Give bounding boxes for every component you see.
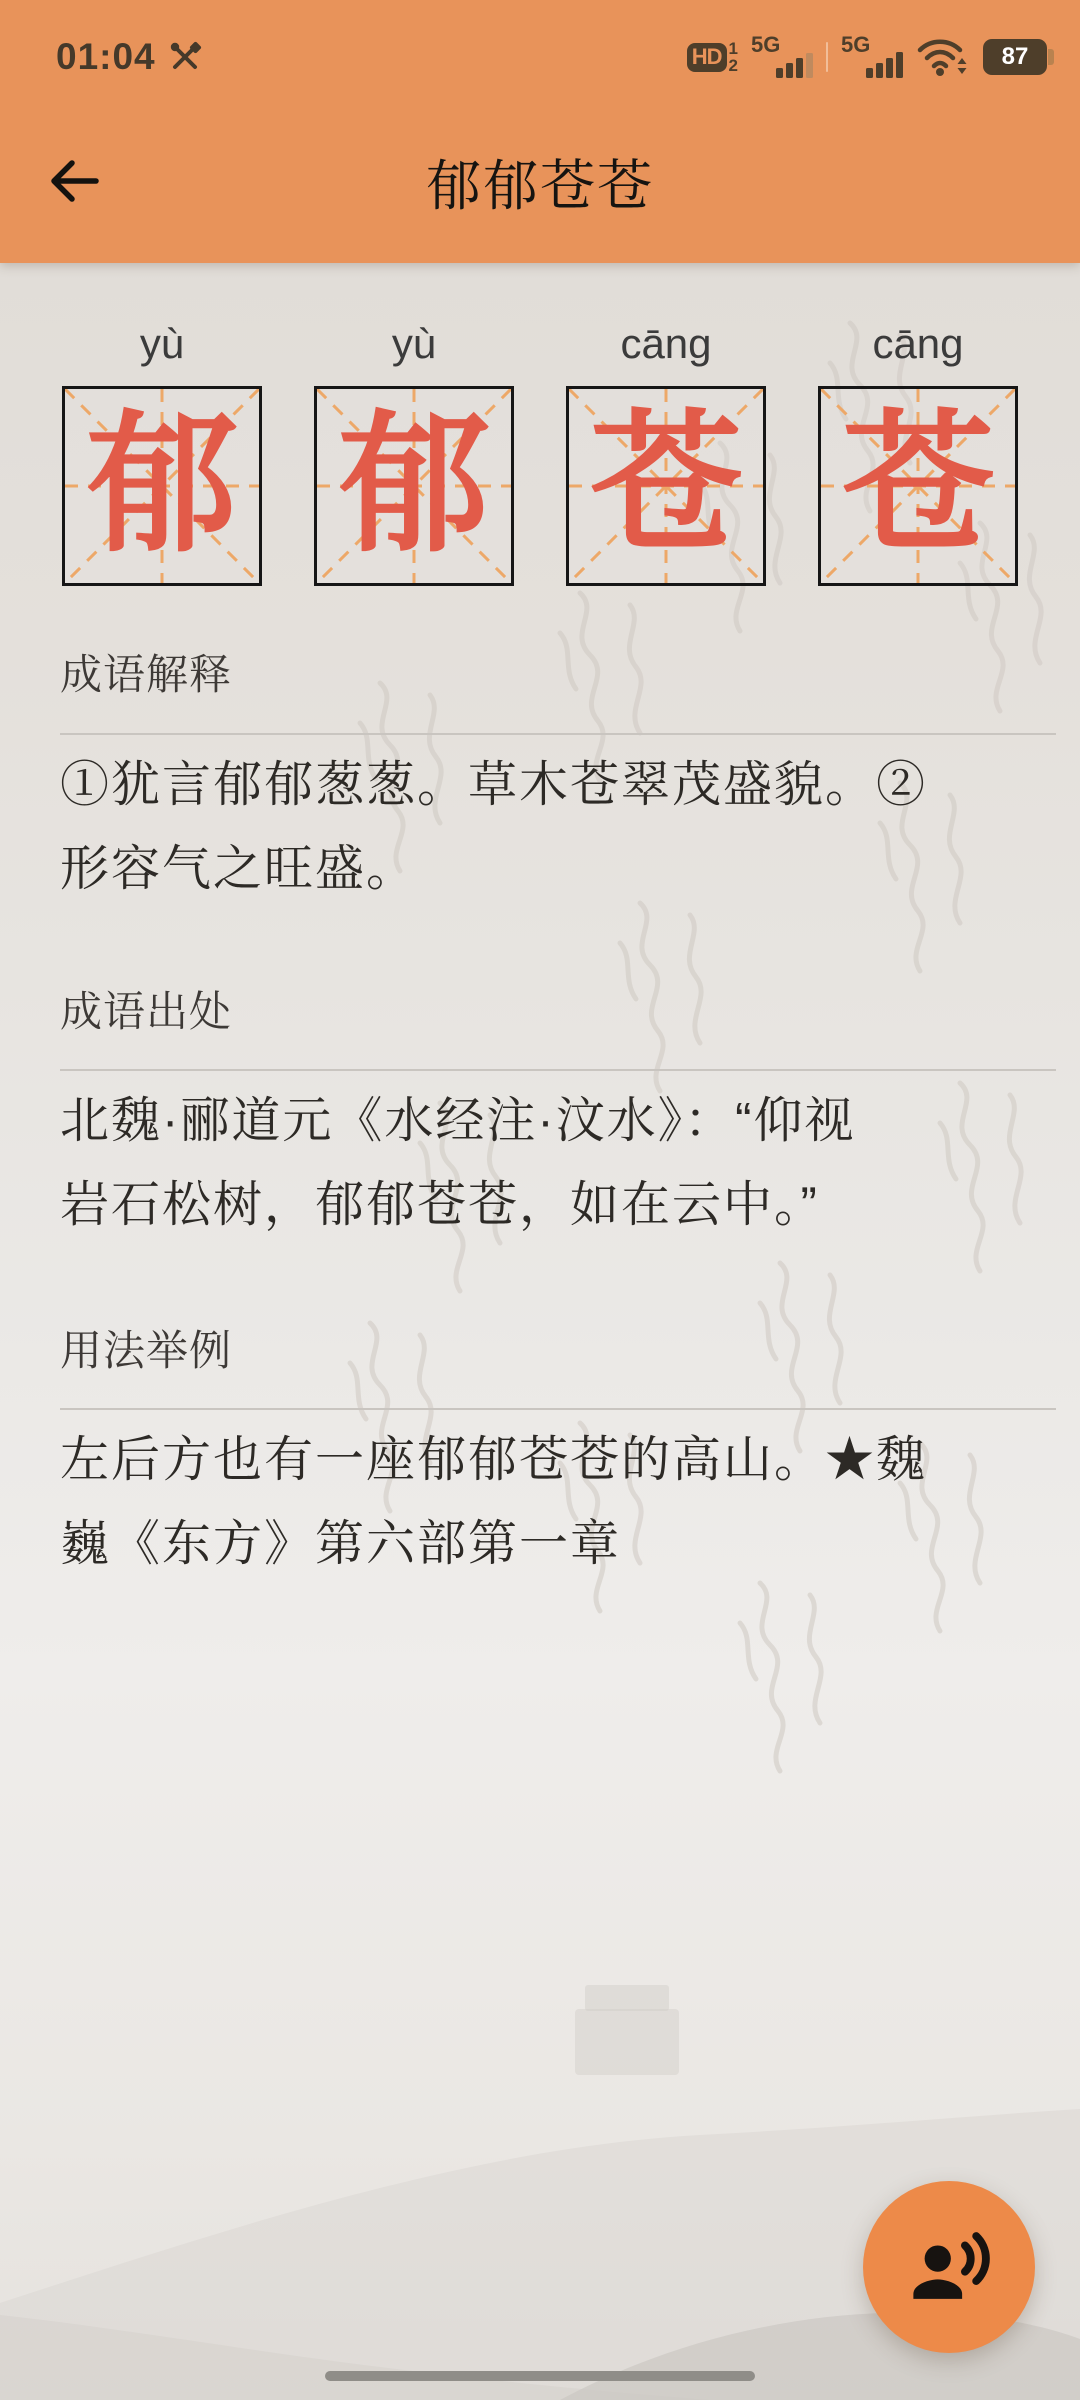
hanzi-character: 郁 [65, 389, 259, 583]
signal-bars-icon: 5G [841, 34, 903, 80]
character-card[interactable]: 苍 [818, 386, 1018, 586]
sim2-label: 2 [729, 57, 738, 74]
status-icons: HD 1 2 5G 5G [687, 32, 1054, 82]
hd-voLTE-icon: HD 1 2 [687, 40, 738, 74]
section-heading-explanation: 成语解释 [60, 652, 232, 698]
sim-divider [826, 42, 828, 72]
content-area: yù yù cāng cāng 郁 郁 [0, 263, 1080, 2400]
section-body-example: 左后方也有一座郁郁苍苍的高山。★魏 巍《东方》第六部第一章 [60, 1418, 1025, 1586]
app-bar: 郁郁苍苍 [0, 100, 1080, 263]
header: 01:04 HD 1 2 5G [0, 0, 1080, 263]
character-box-row: 郁 郁 苍 [62, 386, 1018, 586]
section-body-explanation: ①犹言郁郁葱葱。草木苍翠茂盛貌。② 形容气之旺盛。 [60, 743, 1025, 911]
divider [60, 733, 1056, 735]
battery-icon: 87 [983, 39, 1054, 75]
hanzi-character: 郁 [317, 389, 511, 583]
status-time: 01:04 [56, 36, 156, 78]
idiom-detail-screen: 01:04 HD 1 2 5G [0, 0, 1080, 2400]
section-heading-source: 成语出处 [60, 989, 232, 1035]
build-tools-icon [168, 40, 202, 74]
divider [60, 1069, 1056, 1071]
hanzi-character: 苍 [569, 389, 763, 583]
signal-bars-icon: 5G [751, 34, 813, 80]
status-bar: 01:04 HD 1 2 5G [0, 30, 1080, 82]
hanzi-character: 苍 [821, 389, 1015, 583]
pinyin-label: cāng [818, 318, 1018, 370]
pinyin-label: yù [62, 318, 262, 370]
section-body-source: 北魏·郦道元《水经注·汶水》：“仰视 岩石松树，郁郁苍苍，如在云中。” [60, 1079, 1025, 1247]
pinyin-row: yù yù cāng cāng [62, 318, 1018, 370]
page-title: 郁郁苍苍 [0, 100, 1080, 263]
read-aloud-fab[interactable] [863, 2181, 1035, 2353]
character-card[interactable]: 郁 [314, 386, 514, 586]
divider [60, 1408, 1056, 1410]
wifi-icon [916, 36, 970, 78]
character-card[interactable]: 苍 [566, 386, 766, 586]
character-card[interactable]: 郁 [62, 386, 262, 586]
section-heading-example: 用法举例 [60, 1328, 232, 1374]
pinyin-label: yù [314, 318, 514, 370]
battery-percent: 87 [983, 39, 1047, 75]
back-button[interactable] [44, 150, 106, 212]
home-indicator[interactable] [325, 2371, 755, 2381]
record-voice-over-icon [904, 2222, 994, 2312]
sim1-label: 1 [729, 40, 738, 57]
pinyin-label: cāng [566, 318, 766, 370]
